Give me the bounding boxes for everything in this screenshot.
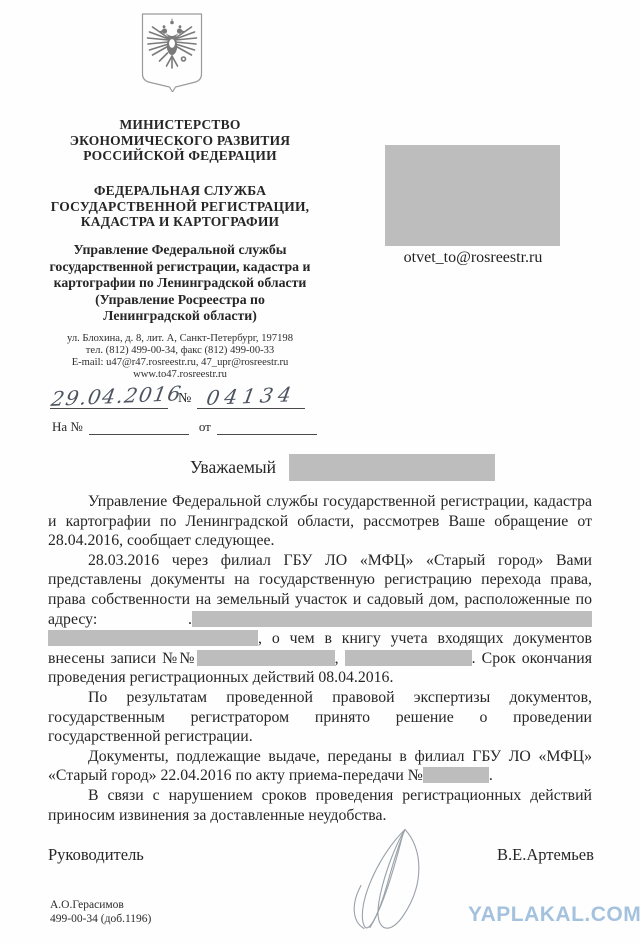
body-paragraph: По результатам проведенной правовой эксп… bbox=[48, 688, 592, 747]
executor-block: А.О.Герасимов 499-00-34 (доб.1196) bbox=[50, 899, 151, 926]
redaction-box-addressee bbox=[289, 454, 495, 481]
text-line: ул. Блохина, д. 8, лит. А, Санкт-Петербу… bbox=[28, 333, 332, 345]
letter-body: Управление Федеральной службы государств… bbox=[48, 492, 592, 825]
redaction-box bbox=[423, 767, 489, 783]
salutation-label: Уважаемый bbox=[190, 457, 276, 478]
text-line: ЭКОНОМИЧЕСКОГО РАЗВИТИЯ bbox=[28, 133, 332, 149]
executor-name: А.О.Герасимов bbox=[50, 899, 151, 913]
russian-coat-of-arms-icon bbox=[139, 12, 205, 92]
contact-details: ул. Блохина, д. 8, лит. А, Санкт-Петербу… bbox=[28, 333, 332, 381]
incoming-from-label: от bbox=[199, 419, 211, 434]
text-line: (Управление Росреестра по bbox=[28, 292, 332, 309]
salutation-row: Уважаемый bbox=[190, 454, 495, 481]
text-line: МИНИСТЕРСТВО bbox=[28, 117, 332, 133]
federal-service-name: ФЕДЕРАЛЬНАЯ СЛУЖБАГОСУДАРСТВЕННОЙ РЕГИСТ… bbox=[28, 183, 332, 230]
body-paragraph: В связи с нарушением сроков проведения р… bbox=[48, 786, 592, 825]
body-paragraph: 28.03.2016 через филиал ГБУ ЛО «МФЦ» «Ст… bbox=[48, 551, 592, 688]
redaction-box bbox=[192, 611, 592, 627]
text-line: РОССИЙСКОЙ ФЕДЕРАЦИИ bbox=[28, 148, 332, 164]
outgoing-number-line: 04134 bbox=[197, 384, 305, 409]
redaction-box bbox=[48, 630, 258, 646]
text-line: Управление Федеральной службы bbox=[28, 242, 332, 259]
text-line: ГОСУДАРСТВЕННОЙ РЕГИСТРАЦИИ, bbox=[28, 199, 332, 215]
body-paragraph: Документы, подлежащие выдаче, переданы в… bbox=[48, 747, 592, 786]
incoming-reference-row: На №от bbox=[52, 419, 317, 435]
body-paragraph: Управление Федеральной службы государств… bbox=[48, 492, 592, 551]
signer-name: В.Е.Артемьев bbox=[497, 845, 594, 865]
handwritten-date: 29.04.2016 bbox=[49, 381, 184, 411]
text-line: www.to47.rosreestr.ru bbox=[28, 369, 332, 381]
scanned-letter-page: МИНИСТЕРСТВОЭКОНОМИЧЕСКОГО РАЗВИТИЯРОССИ… bbox=[0, 0, 640, 945]
incoming-prefix-label: На № bbox=[52, 419, 83, 434]
redaction-box bbox=[345, 650, 472, 666]
text-line: государственной регистрации, кадастра и bbox=[28, 259, 332, 276]
text-line: Ленинградской области) bbox=[28, 308, 332, 325]
outgoing-date-line: 29.04.2016 bbox=[50, 384, 168, 409]
redaction-box-recipient bbox=[385, 145, 560, 246]
incoming-date-line bbox=[217, 419, 317, 435]
signer-title: Руководитель bbox=[48, 845, 144, 865]
site-watermark: YAPLAKAL.COM bbox=[468, 903, 640, 927]
incoming-number-line bbox=[89, 419, 189, 435]
ministry-name: МИНИСТЕРСТВОЭКОНОМИЧЕСКОГО РАЗВИТИЯРОССИ… bbox=[28, 117, 332, 164]
redaction-box bbox=[197, 650, 335, 666]
signature-flourish bbox=[348, 826, 443, 941]
text-line: КАДАСТРА И КАРТОГРАФИИ bbox=[28, 214, 332, 230]
regional-office-name: Управление Федеральной службыгосударстве… bbox=[28, 242, 332, 325]
outgoing-reference-row: 29.04.2016№04134 bbox=[50, 384, 305, 412]
executor-phone: 499-00-34 (доб.1196) bbox=[50, 913, 151, 927]
text-line: E-mail: u47@r47.rosreestr.ru, 47_upr@ros… bbox=[28, 357, 332, 369]
reply-email: otvet_to@rosreestr.ru bbox=[378, 249, 568, 267]
text-line: ФЕДЕРАЛЬНАЯ СЛУЖБА bbox=[28, 183, 332, 199]
handwritten-number: 04134 bbox=[205, 382, 298, 410]
text-line: тел. (812) 499-00-34, факс (812) 499-00-… bbox=[28, 345, 332, 357]
text-line: картографии по Ленинградской области bbox=[28, 275, 332, 292]
